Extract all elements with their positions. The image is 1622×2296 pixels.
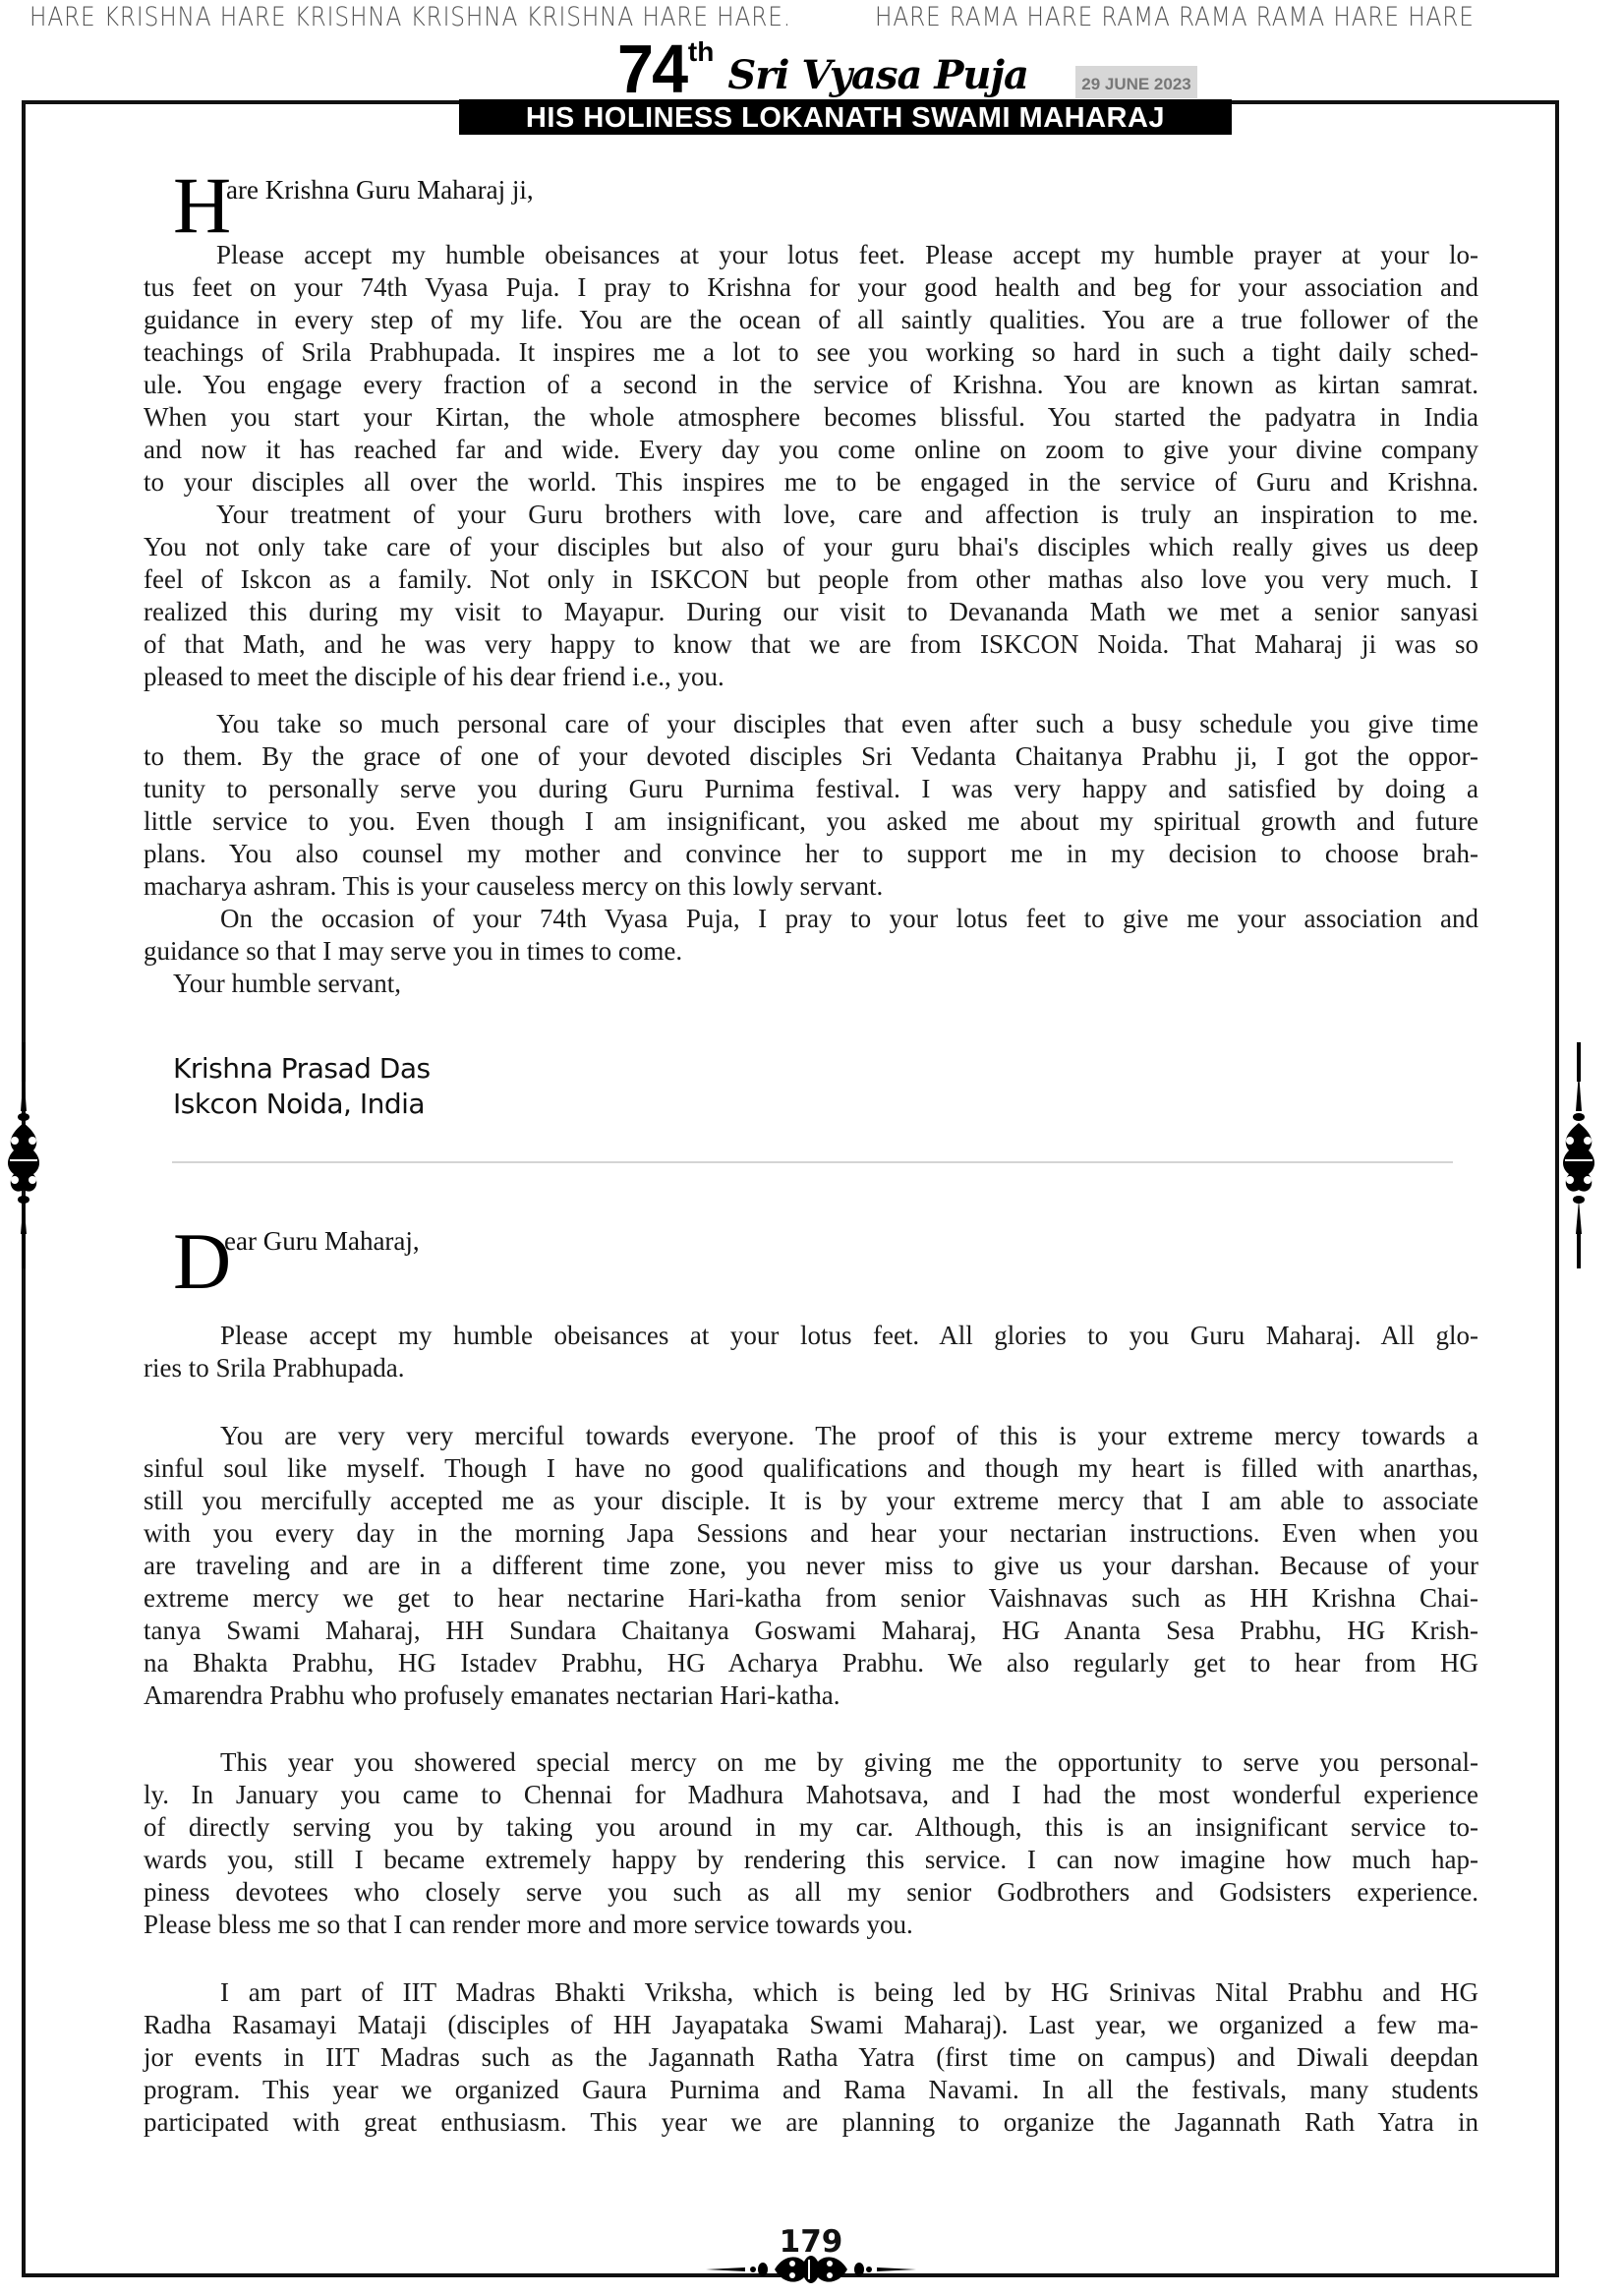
text-line: of that Math, and he was very happy to k…	[144, 629, 1478, 659]
text-line: plans. You also counsel my mother and co…	[144, 839, 1478, 868]
signature-place: Iskcon Noida, India	[173, 1088, 425, 1121]
signature-name: Krishna Prasad Das	[173, 1052, 431, 1086]
text-line: guidance in every step of my life. You a…	[144, 305, 1478, 334]
dropcap-letter1: H	[173, 165, 231, 246]
text-line: I am part of IIT Madras Bhakti Vriksha, …	[220, 1977, 1478, 2007]
text-line: When you start your Kirtan, the whole at…	[144, 402, 1478, 432]
text-line: tanya Swami Maharaj, HH Sundara Chaitany…	[144, 1616, 1478, 1645]
closing-line: Your humble servant,	[173, 969, 1508, 998]
text-line: of directly serving you by taking you ar…	[144, 1812, 1478, 1842]
mantra-right: HARE RAMA HARE RAMA RAMA RAMA HARE HARE	[875, 2, 1475, 32]
text-line: You are very very merciful towards every…	[220, 1421, 1478, 1450]
text-line: to your disciples all over the world. Th…	[144, 467, 1478, 497]
filigree-divider-icon	[706, 2250, 916, 2289]
text-line: tunity to personally serve you during Gu…	[144, 774, 1478, 803]
filigree-ornament-icon	[4, 1042, 43, 1268]
dropcap-letter2: D	[173, 1221, 231, 1302]
text-line: little service to you. Even though I am …	[144, 806, 1478, 836]
text-line: na Bhakta Prabhu, HG Istadev Prabhu, HG …	[144, 1648, 1478, 1678]
text-line: sinful soul like myself. Though I have n…	[144, 1453, 1478, 1483]
text-line: Your treatment of your Guru brothers wit…	[216, 500, 1478, 529]
text-line: extreme mercy we get to hear nectarine H…	[144, 1583, 1478, 1613]
text-line: tus feet on your 74th Vyasa Puja. I pray…	[144, 272, 1478, 302]
text-line: jor events in IIT Madras such as the Jag…	[144, 2042, 1478, 2072]
subtitle-banner: HIS HOLINESS LOKANATH SWAMI MAHARAJ	[459, 99, 1232, 135]
text-line: This year you showered special mercy on …	[220, 1747, 1478, 1777]
text-line: are traveling and are in a different tim…	[144, 1551, 1478, 1580]
text-line: ule. You engage every fraction of a seco…	[144, 370, 1478, 399]
text-line: Please bless me so that I can render mor…	[144, 1910, 1478, 1939]
title-number: 74	[617, 37, 686, 100]
title-name: Sri Vyasa Puja	[727, 52, 1028, 98]
text-line: participated with great enthusiasm. This…	[144, 2107, 1478, 2137]
filigree-ornament-icon	[1559, 1042, 1598, 1268]
title-suffix: th	[688, 36, 714, 67]
text-line: On the occasion of your 74th Vyasa Puja,…	[220, 904, 1478, 933]
text-line: Amarendra Prabhu who profusely emanates …	[144, 1680, 1478, 1710]
text-line: macharya ashram. This is your causeless …	[144, 871, 1478, 901]
text-line: with you every day in the morning Japa S…	[144, 1518, 1478, 1548]
text-line: to them. By the grace of one of your dev…	[144, 741, 1478, 771]
text-line: feel of Iskcon as a family. Not only in …	[144, 564, 1478, 594]
text-line: realized this during my visit to Mayapur…	[144, 597, 1478, 626]
text-line: still you mercifully accepted me as your…	[144, 1486, 1478, 1515]
text-line: teachings of Srila Prabhupada. It inspir…	[144, 337, 1478, 367]
text-line: piness devotees who closely serve you su…	[144, 1877, 1478, 1907]
text-line: Radha Rasamayi Mataji (disciples of HH J…	[144, 2010, 1478, 2039]
text-line: guidance so that I may serve you in time…	[144, 936, 1478, 966]
salutation-letter2: ear Guru Maharaj,	[224, 1226, 420, 1256]
text-line: You not only take care of your disciples…	[144, 532, 1478, 561]
date-badge: 29 JUNE 2023	[1075, 66, 1197, 98]
text-line: You take so much personal care of your d…	[216, 709, 1478, 738]
text-line: ries to Srila Prabhupada.	[144, 1353, 1478, 1383]
text-line: Please accept my humble obeisances at yo…	[220, 1321, 1478, 1350]
letter-divider	[172, 1161, 1453, 1163]
text-line: and now it has reached far and wide. Eve…	[144, 435, 1478, 464]
salutation-letter1: are Krishna Guru Maharaj ji,	[226, 175, 534, 205]
text-line: Please accept my humble obeisances at yo…	[216, 240, 1478, 269]
text-line: program. This year we organized Gaura Pu…	[144, 2075, 1478, 2104]
text-line: pleased to meet the disciple of his dear…	[144, 662, 1478, 691]
page-title: 74thSri Vyasa Puja	[617, 37, 1028, 100]
mantra-left: HARE KRISHNA HARE KRISHNA KRISHNA KRISHN…	[29, 2, 791, 32]
text-line: wards you, still I became extremely happ…	[144, 1845, 1478, 1874]
text-line: ly. In January you came to Chennai for M…	[144, 1780, 1478, 1809]
